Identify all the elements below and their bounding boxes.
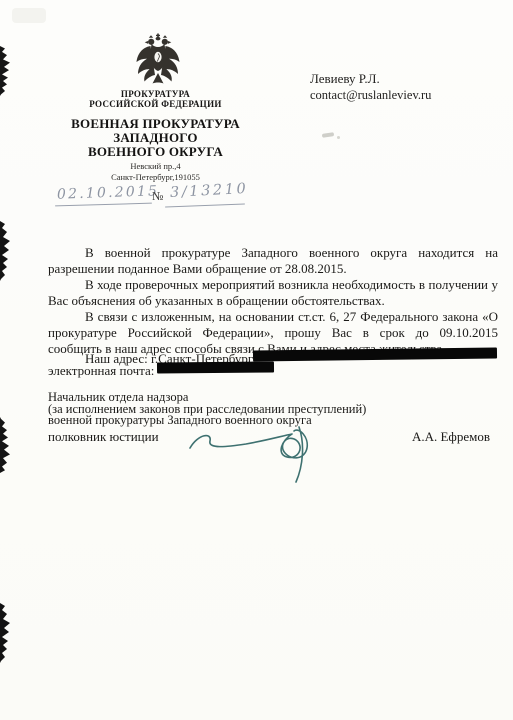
org-address-line: Невский пр.,4 bbox=[38, 161, 273, 172]
signatory-rank: полковник юстиции bbox=[48, 430, 159, 444]
body-line: прокуратуре Российской Федерации», прошу… bbox=[48, 325, 498, 341]
recipient-email: contact@ruslanleviev.ru bbox=[310, 87, 431, 103]
signatory-name: А.А. Ефремов bbox=[412, 430, 490, 444]
scan-smudge bbox=[322, 132, 334, 138]
scan-artifact bbox=[0, 46, 14, 96]
scan-artifact bbox=[0, 417, 14, 473]
letterhead: ПРОКУРАТУРА РОССИЙСКОЙ ФЕДЕРАЦИИ ВОЕННАЯ… bbox=[38, 89, 273, 183]
unit-name-line: ВОЕННАЯ ПРОКУРАТУРА bbox=[38, 117, 273, 131]
org-name-line: ПРОКУРАТУРА bbox=[38, 89, 273, 99]
body-line: В военной прокуратуре Западного военного… bbox=[48, 245, 498, 261]
org-name-line: РОССИЙСКОЙ ФЕДЕРАЦИИ bbox=[38, 99, 273, 109]
scan-artifact bbox=[0, 221, 14, 281]
body-line: В связи с изложенным, на основании ст.ст… bbox=[48, 309, 498, 325]
letter-body: В военной прокуратуре Западного военного… bbox=[48, 245, 498, 357]
scan-artifact bbox=[0, 603, 14, 663]
body-line: разрешении поданное Вами обращение от 28… bbox=[48, 261, 498, 277]
body-line: Вас объяснения об указанных в обращении … bbox=[48, 293, 498, 309]
scanned-letter-page: ПРОКУРАТУРА РОССИЙСКОЙ ФЕДЕРАЦИИ ВОЕННАЯ… bbox=[0, 0, 513, 720]
handwriting-underline bbox=[165, 203, 245, 207]
number-sign: № bbox=[152, 189, 163, 204]
unit-name-line: ЗАПАДНОГО bbox=[38, 131, 273, 145]
recipient-name: Левиеву Р.Л. bbox=[310, 71, 431, 87]
recipient-block: Левиеву Р.Л. contact@ruslanleviev.ru bbox=[310, 71, 431, 103]
unit-name-line: ВОЕННОГО ОКРУГА bbox=[38, 145, 273, 159]
handwriting-underline bbox=[55, 203, 152, 207]
handwritten-signature bbox=[186, 414, 351, 484]
scan-smudge bbox=[12, 8, 46, 23]
reference-number-handwritten: 3/13210 bbox=[170, 181, 249, 201]
reference-date-handwritten: 02.10.2015 bbox=[57, 183, 160, 203]
body-line: В ходе проверочных мероприятий возникла … bbox=[48, 277, 498, 293]
scan-smudge bbox=[337, 136, 340, 139]
redaction-bar-email bbox=[157, 361, 274, 373]
coat-of-arms-icon bbox=[135, 32, 181, 88]
